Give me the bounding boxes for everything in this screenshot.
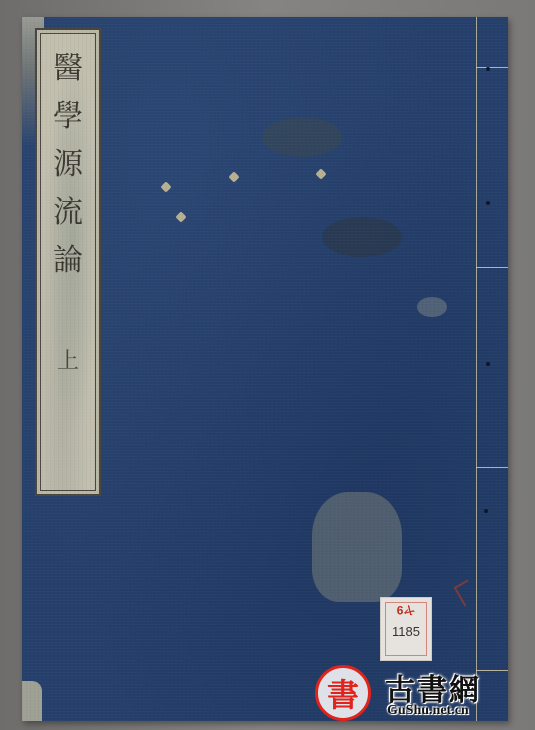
- title-char: 學: [53, 100, 83, 134]
- binding-thread: [476, 67, 508, 68]
- book-cover: 醫 學 源 流 論 上: [22, 17, 508, 721]
- worn-edge-top-left: [22, 17, 44, 147]
- watermark-logo-icon: 書: [315, 665, 371, 721]
- title-char: 源: [53, 148, 83, 182]
- label-code: ヤ9: [381, 602, 431, 619]
- volume-mark: 上: [41, 344, 95, 375]
- book-title: 醫 學 源 流 論: [41, 52, 95, 278]
- title-char: 流: [53, 196, 83, 230]
- stain-spot: [160, 181, 171, 192]
- stain: [262, 117, 342, 157]
- watermark-logo-char: 書: [327, 670, 359, 716]
- title-slip: 醫 學 源 流 論 上: [35, 28, 101, 496]
- binding-thread: [476, 467, 508, 468]
- binding-hole: [484, 509, 488, 513]
- binding-hole: [486, 67, 490, 71]
- stain: [312, 492, 402, 602]
- stain-spot: [228, 171, 239, 182]
- binding-line: [476, 17, 477, 721]
- label-number: 1185: [381, 624, 431, 639]
- title-char: 論: [53, 244, 83, 278]
- stain: [417, 297, 447, 317]
- title-char: 醫: [53, 52, 83, 86]
- watermark: 書 古書網 GuShu.net.cn: [315, 663, 535, 725]
- stain-spot: [315, 168, 326, 179]
- stain-spot: [175, 211, 186, 222]
- worn-edge-bottom-left: [22, 681, 42, 721]
- binding-hole: [486, 362, 490, 366]
- binding-thread: [476, 267, 508, 268]
- stain: [322, 217, 402, 257]
- library-label: ヤ9 1185: [380, 597, 432, 661]
- title-slip-inner: 醫 學 源 流 論 上: [40, 33, 96, 491]
- watermark-url: GuShu.net.cn: [387, 703, 469, 719]
- binding-hole: [486, 201, 490, 205]
